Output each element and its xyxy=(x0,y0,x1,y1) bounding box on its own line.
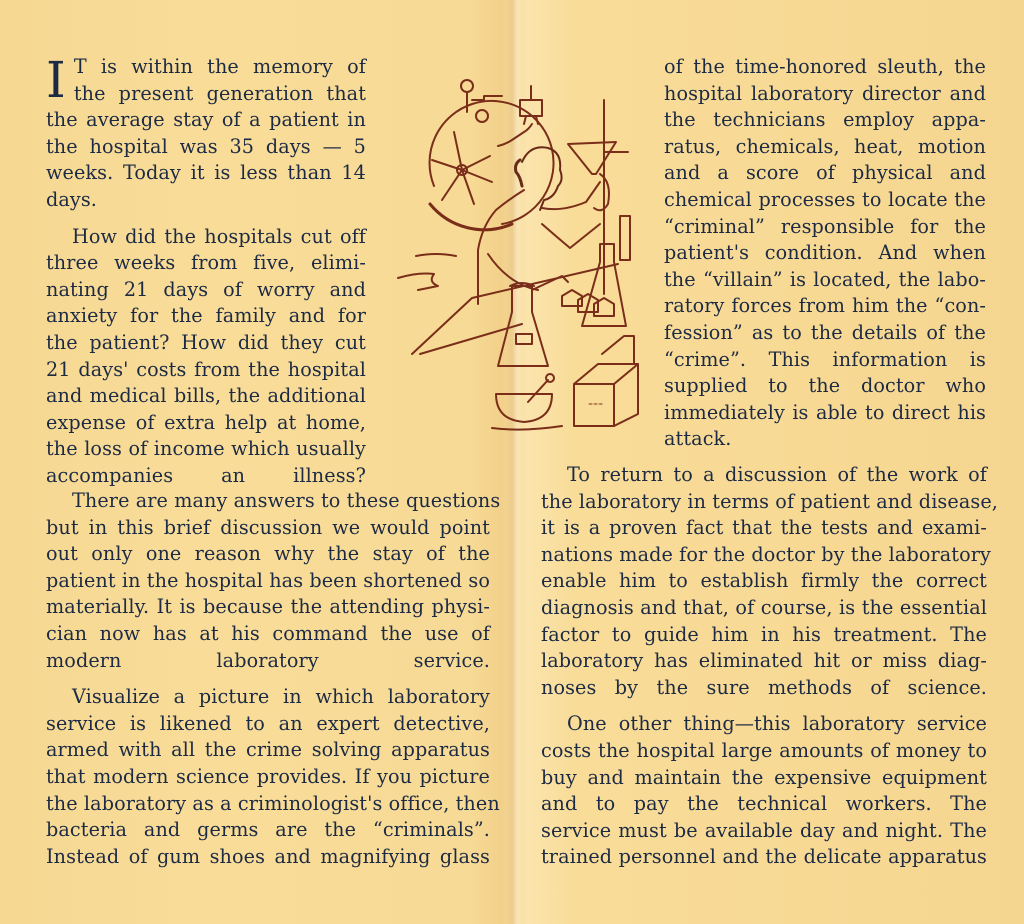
right-page-bottom-column: To return to a discussion of the work of… xyxy=(541,462,987,871)
paragraph-diagnosis: To return to a discussion of the work of… xyxy=(541,462,987,701)
text-line: but in this brief discussion we would po… xyxy=(46,515,490,542)
text-line: three weeks from five, elimi- xyxy=(46,250,366,277)
text-line: the average stay of a patient in xyxy=(46,107,366,134)
text-line: service is likened to an expert detectiv… xyxy=(46,711,490,738)
text-line: attack. xyxy=(664,426,986,453)
text-line: expense of extra help at home, xyxy=(46,410,366,437)
text-line: the laboratory as a criminologist's offi… xyxy=(46,791,490,818)
text-line: hospital laboratory director and xyxy=(664,81,986,108)
text-line: 21 days' costs from the hospital xyxy=(46,357,366,384)
text-line: buy and maintain the expensive equipment xyxy=(541,765,987,792)
text-line: accompanies an illness? xyxy=(46,463,366,490)
text-line: service must be available day and night.… xyxy=(541,818,987,845)
text-line: modern laboratory service. xyxy=(46,648,490,675)
text-line: materially. It is because the attending … xyxy=(46,594,490,621)
text-line: the “villain” is located, the labo- xyxy=(664,267,986,294)
paragraph-questions: How did the hospitals cut off three week… xyxy=(46,224,366,490)
paragraph-answers: There are many answers to these question… xyxy=(46,488,490,674)
text-line: How did the hospitals cut off xyxy=(46,224,366,251)
text-line: Visualize a picture in which laboratory xyxy=(46,684,490,711)
text-line: nations made for the doctor by the labor… xyxy=(541,542,987,569)
text-line: immediately is able to direct his xyxy=(664,400,986,427)
text-line: weeks. Today it is less than 14 xyxy=(46,160,366,187)
chemical-box-icon: ≈≈≈ xyxy=(574,336,638,426)
drop-cap: I xyxy=(46,58,66,102)
hanging-device-icon xyxy=(498,86,542,146)
text-line: the laboratory in terms of patient and d… xyxy=(541,489,987,516)
text-line: and a score of physical and xyxy=(664,160,986,187)
text-line: days. xyxy=(46,187,366,214)
text-line: of the time-honored sleuth, the xyxy=(664,54,986,81)
text-line: the present generation that xyxy=(46,81,366,108)
text-line: and medical bills, the additional xyxy=(46,383,366,410)
text-line: supplied to the doctor who xyxy=(664,373,986,400)
text-line: the patient? How did they cut xyxy=(46,330,366,357)
text-line: To return to a discussion of the work of xyxy=(541,462,987,489)
text-line: T is within the memory of xyxy=(46,54,366,81)
text-line: One other thing—this laboratory service xyxy=(541,711,987,738)
dish-icon xyxy=(398,254,456,290)
left-page-bottom-column: There are many answers to these question… xyxy=(46,488,490,870)
mortar-pestle-icon xyxy=(492,374,562,430)
text-line: the hospital was 35 days — 5 xyxy=(46,134,366,161)
text-line: nating 21 days of worry and xyxy=(46,277,366,304)
text-line: enable him to establish firmly the corre… xyxy=(541,568,987,595)
text-line: ratus, chemicals, heat, motion xyxy=(664,134,986,161)
text-line: chemical processes to locate the xyxy=(664,187,986,214)
text-line: factor to guide him in his treatment. Th… xyxy=(541,622,987,649)
funnel-stand-icon xyxy=(568,100,628,294)
paragraph-intro: I T is within the memory of the present … xyxy=(46,54,366,214)
text-line: ratory forces from him the “con- xyxy=(664,293,986,320)
lab-technician-illustration: ≈≈≈ xyxy=(392,64,642,434)
text-line: the loss of income which usually xyxy=(46,436,366,463)
erlenmeyer-flask-icon xyxy=(498,283,548,366)
text-line: out only one reason why the stay of the xyxy=(46,541,490,568)
text-line: armed with all the crime solving apparat… xyxy=(46,737,490,764)
text-line: bacteria and germs are the “criminals”. xyxy=(46,817,490,844)
left-page-top-column: I T is within the memory of the present … xyxy=(46,54,366,490)
text-line: diagnosis and that, of course, is the es… xyxy=(541,595,987,622)
text-line: fession” as to the details of the xyxy=(664,320,986,347)
paragraph-sleuth: of the time-honored sleuth, the hospital… xyxy=(664,54,986,453)
text-line: and to pay the technical workers. The xyxy=(541,791,987,818)
text-line: noses by the sure methods of science. xyxy=(541,675,987,702)
text-line: “crime”. This information is xyxy=(664,347,986,374)
text-line: “criminal” responsible for the xyxy=(664,214,986,241)
text-line: patient in the hospital has been shorten… xyxy=(46,568,490,595)
text-line: There are many answers to these question… xyxy=(46,488,490,515)
technician-figure-icon xyxy=(478,147,600,304)
text-line: trained personnel and the delicate appar… xyxy=(541,844,987,871)
text-line: Instead of gum shoes and magnifying glas… xyxy=(46,844,490,871)
text-line: patient's condition. And when xyxy=(664,240,986,267)
wheel-apparatus-icon xyxy=(430,80,554,230)
text-line: anxiety for the family and for xyxy=(46,303,366,330)
paragraph-costs: One other thing—this laboratory service … xyxy=(541,711,987,871)
text-line: it is a proven fact that the tests and e… xyxy=(541,515,987,542)
svg-text:≈≈≈: ≈≈≈ xyxy=(588,401,603,408)
text-line: cian now has at his command the use of xyxy=(46,621,490,648)
text-line: the technicians employ appa- xyxy=(664,107,986,134)
text-line: that modern science provides. If you pic… xyxy=(46,764,490,791)
right-page-top-column: of the time-honored sleuth, the hospital… xyxy=(664,54,986,453)
text-line: laboratory has eliminated hit or miss di… xyxy=(541,648,987,675)
paragraph-detective: Visualize a picture in which laboratory … xyxy=(46,684,490,870)
text-line: costs the hospital large amounts of mone… xyxy=(541,738,987,765)
